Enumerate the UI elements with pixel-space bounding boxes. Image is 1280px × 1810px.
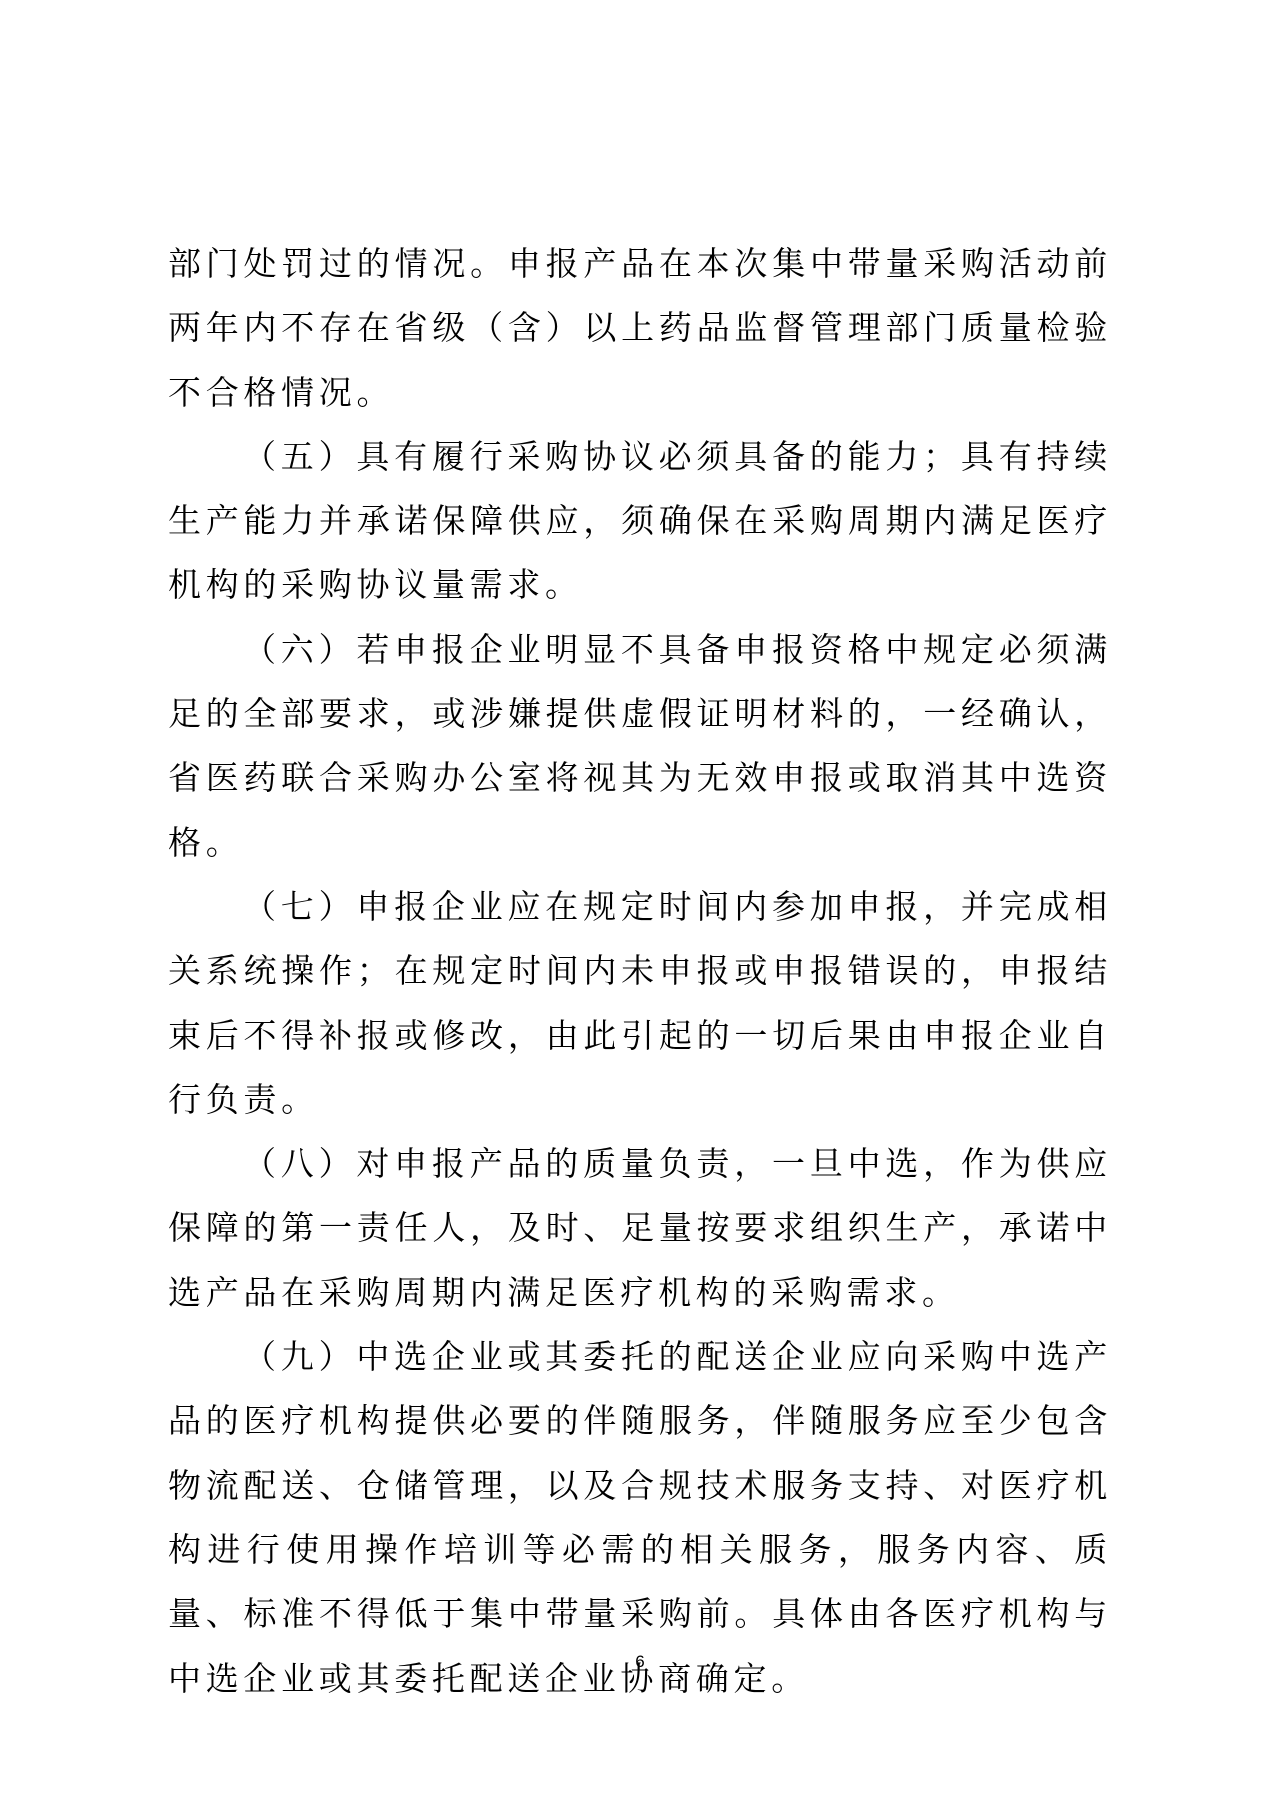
- document-page: 部门处罚过的情况。申报产品在本次集中带量采购活动前两年内不存在省级（含）以上药品…: [0, 0, 1280, 1810]
- paragraph-continuation: 部门处罚过的情况。申报产品在本次集中带量采购活动前两年内不存在省级（含）以上药品…: [168, 232, 1112, 425]
- document-body: 部门处罚过的情况。申报产品在本次集中带量采购活动前两年内不存在省级（含）以上药品…: [168, 232, 1112, 1711]
- page-number: 6: [0, 1650, 1280, 1674]
- paragraph-item-5: （五）具有履行采购协议必须具备的能力；具有持续生产能力并承诺保障供应，须确保在采…: [168, 425, 1112, 618]
- paragraph-item-8: （八）对申报产品的质量负责，一旦中选，作为供应保障的第一责任人，及时、足量按要求…: [168, 1132, 1112, 1325]
- paragraph-item-6: （六）若申报企业明显不具备申报资格中规定必须满足的全部要求，或涉嫌提供虚假证明材…: [168, 618, 1112, 875]
- paragraph-item-7: （七）申报企业应在规定时间内参加申报，并完成相关系统操作；在规定时间内未申报或申…: [168, 875, 1112, 1132]
